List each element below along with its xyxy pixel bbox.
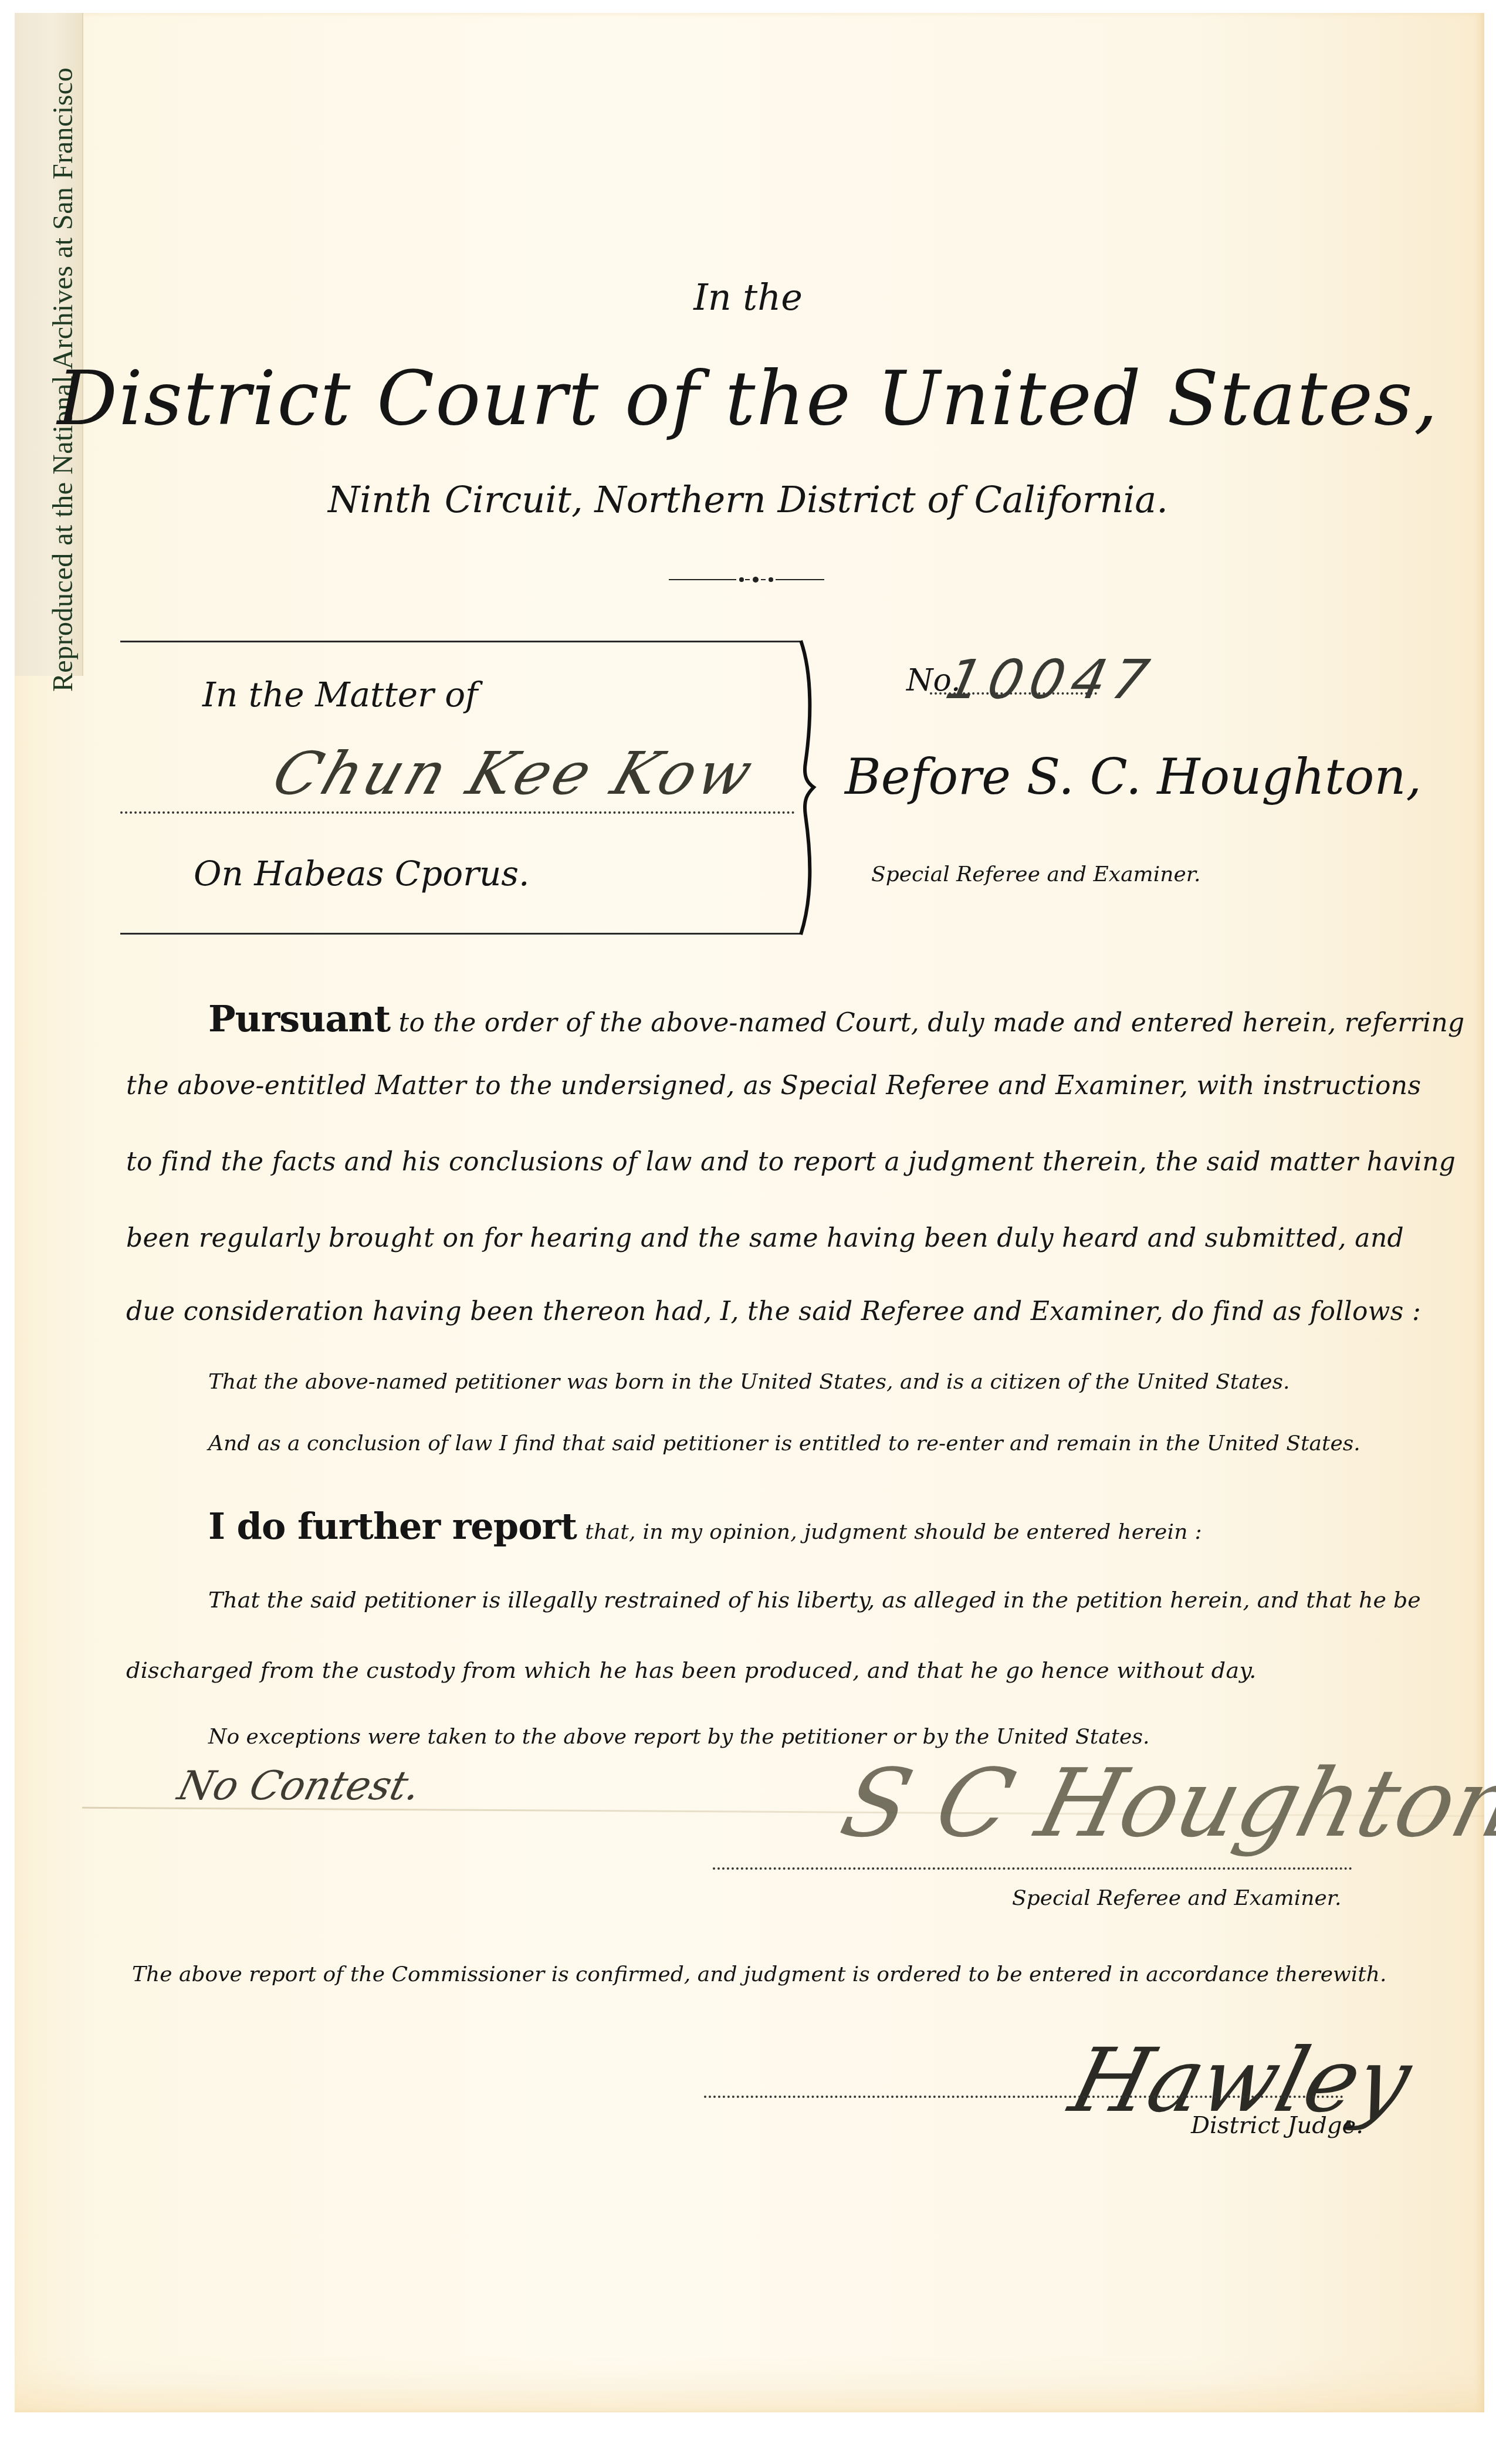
petitioner-name-line [120,811,795,814]
referee-signature-role: Special Referee and Examiner. [1012,1886,1341,1910]
court-title: District Court of the United States, [0,355,1496,442]
petitioner-name-handwritten: Chun Kee Kow [265,739,764,808]
matter-label: In the Matter of [202,675,478,715]
ornamental-rule [669,576,824,583]
scan-margin [0,2412,1496,2464]
judgment-line-2: discharged from the custody from which h… [126,1657,1257,1683]
paragraph-line-4: been regularly brought on for hearing an… [126,1223,1404,1253]
caption-rule-bottom [120,933,801,935]
caption-rule-top [120,641,801,642]
curly-brace-icon [795,639,824,936]
confirmation-order: The above report of the Commissioner is … [132,1962,1386,1986]
judgment-line-1: That the said petitioner is illegally re… [208,1587,1421,1613]
circuit-subtitle: Ninth Circuit, Northern District of Cali… [0,478,1496,521]
referee-signature: S C Houghton [831,1748,1496,1858]
archive-stamp-strip: Reproduced at the National Archives at S… [15,13,83,676]
paragraph-text: to the order of the above-named Court, d… [399,1008,1465,1038]
exceptions-note: No exceptions were taken to the above re… [208,1725,1149,1749]
before-referee: Before S. C. Houghton, [845,748,1421,805]
proceeding-type: On Habeas Cporus. [194,854,529,893]
paragraph-line-2: the above-entitled Matter to the undersi… [126,1071,1421,1101]
no-contest-annotation: No Contest. [173,1763,425,1809]
judge-signature-line [704,2096,1343,2098]
judge-signature-role: District Judge. [1191,2112,1363,2139]
finding-of-fact: That the above-named petitioner was born… [208,1370,1289,1394]
case-number-line [930,692,1097,695]
referee-title: Special Referee and Examiner. [871,862,1200,886]
paragraph-line-3: to find the facts and his conclusions of… [126,1147,1456,1177]
lead-word-pursuant: Pursuant [208,997,390,1040]
paragraph-line-1: Pursuant to the order of the above-named… [208,997,1465,1040]
case-number-handwritten: 10047 [941,648,1161,711]
lead-further-report: I do further report [208,1505,577,1548]
further-report-line: I do further report that, in my opinion,… [208,1505,1202,1548]
paragraph-line-5: due consideration having been thereon ha… [126,1297,1421,1326]
further-report-text: that, in my opinion, judgment should be … [585,1520,1202,1544]
referee-signature-line [713,1867,1352,1870]
conclusion-of-law: And as a conclusion of law I find that s… [208,1431,1360,1456]
header-preamble: In the [0,276,1496,319]
